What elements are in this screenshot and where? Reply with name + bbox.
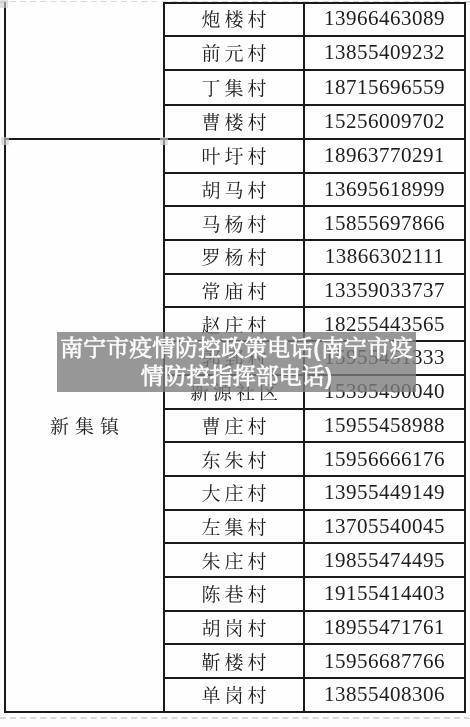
phone-number-cell: 13359033737 [305, 275, 464, 307]
village-name-cell: 常庙村 [165, 275, 303, 307]
table-handle [1, 137, 9, 145]
phone-number-cell: 19155414403 [305, 578, 464, 610]
phone-number-cell: 15855697866 [305, 207, 464, 239]
phone-number-cell: 18955471761 [305, 612, 464, 644]
table-top-border [163, 2, 466, 4]
watermark-title-line2: 情防控指挥部电话) [141, 362, 333, 390]
phone-number-cell: 13955449149 [305, 477, 464, 509]
phone-number-cell: 13705540045 [305, 511, 464, 543]
phone-number-cell: 15956687766 [305, 645, 464, 677]
document-page: 炮楼村13966463089前元村13855409232丁集村187156965… [0, 0, 470, 727]
phone-number-cell: 13866302111 [305, 241, 464, 273]
village-name-cell: 马杨村 [165, 207, 303, 239]
village-name-cell: 东朱村 [165, 443, 303, 475]
phone-number-cell: 19855474495 [305, 544, 464, 576]
village-name-cell: 靳楼村 [165, 645, 303, 677]
table-handle [160, 137, 168, 145]
village-name-cell: 大庄村 [165, 477, 303, 509]
village-name-cell: 陈巷村 [165, 578, 303, 610]
watermark-title-line1: 南宁市疫情防控政策电话(南宁市疫 [60, 334, 413, 362]
village-name-cell: 单岗村 [165, 679, 303, 711]
village-name-cell: 曹楼村 [165, 106, 303, 139]
village-name-cell: 罗杨村 [165, 241, 303, 273]
village-name-cell: 朱庄村 [165, 544, 303, 576]
village-name-cell: 曹庄村 [165, 410, 303, 442]
village-name-cell: 丁集村 [165, 71, 303, 104]
village-name-cell: 胡马村 [165, 174, 303, 206]
township-cell [6, 2, 163, 138]
phone-number-cell: 13855409232 [305, 37, 464, 70]
table-handle [0, 0, 8, 8]
page-bottom-edge [0, 717, 470, 719]
phone-number-cell: 15955458988 [305, 410, 464, 442]
phone-number-cell: 13966463089 [305, 2, 464, 35]
village-name-cell: 叶圩村 [165, 140, 303, 172]
village-name-cell: 左集村 [165, 511, 303, 543]
phone-number-cell: 13855408306 [305, 679, 464, 711]
village-name-cell: 前元村 [165, 37, 303, 70]
phone-number-cell: 13695618999 [305, 174, 464, 206]
township-cell: 新集镇 [6, 140, 163, 711]
watermark-banner: 南宁市疫情防控政策电话(南宁市疫 情防控指挥部电话) [57, 332, 416, 392]
phone-number-cell: 15256009702 [305, 106, 464, 139]
village-name-cell: 炮楼村 [165, 2, 303, 35]
village-name-cell: 胡岗村 [165, 612, 303, 644]
phone-number-cell: 15956666176 [305, 443, 464, 475]
phone-number-cell: 18715696559 [305, 71, 464, 104]
phone-number-cell: 18963770291 [305, 140, 464, 172]
